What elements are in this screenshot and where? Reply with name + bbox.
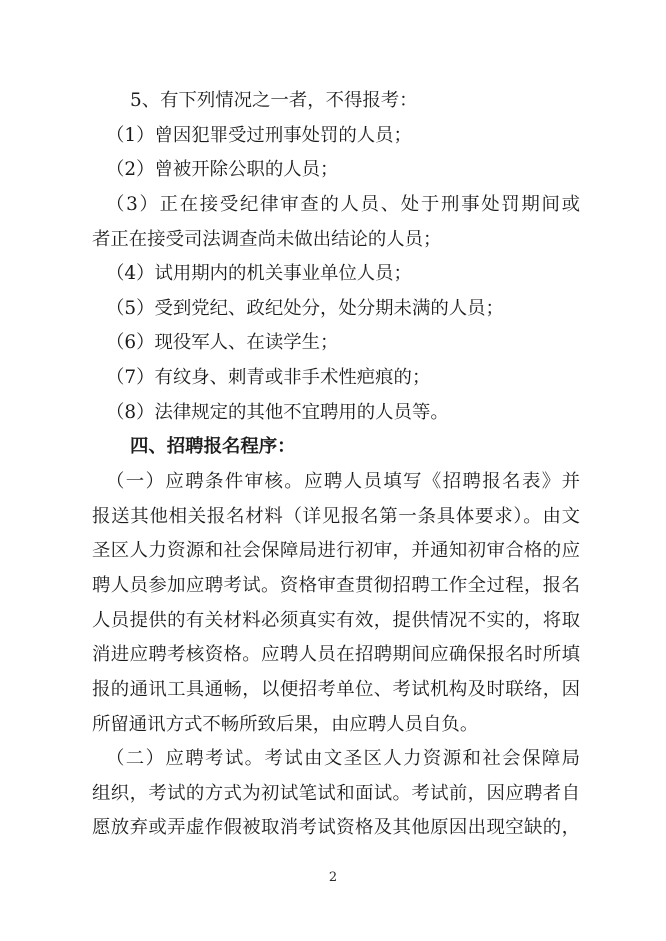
text-line-1: 5、有下列情况之一者，不得报考： (92, 84, 580, 119)
text-line-4: （3）正在接受纪律审查的人员、处于刑事处罚期间或 (92, 188, 580, 223)
text-line-13: 报送其他相关报名材料（详见报名第一条具体要求）。由文 (92, 500, 580, 535)
text-line-12: （一）应聘条件审核。应聘人员填写《招聘报名表》并 (92, 465, 580, 500)
text-line-10: （8）法律规定的其他不宜聘用的人员等。 (92, 396, 580, 431)
text-line-17: 消进应聘考核资格。应聘人员在招聘期间应确保报名时所填 (92, 638, 580, 673)
text-line-6: （4）试用期内的机关事业单位人员； (92, 257, 580, 292)
page-number: 2 (0, 869, 666, 887)
text-line-21: 组织，考试的方式为初试笔试和面试。考试前，因应聘者自 (92, 777, 580, 812)
document-page: 5、有下列情况之一者，不得报考：（1）曾因犯罪受过刑事处罚的人员；（2）曾被开除… (0, 0, 666, 941)
text-line-15: 聘人员参加应聘考试。资格审查贯彻招聘工作全过程，报名 (92, 569, 580, 604)
text-line-2: （1）曾因犯罪受过刑事处罚的人员； (92, 119, 580, 154)
text-line-5: 者正在接受司法调查尚未做出结论的人员； (92, 223, 580, 258)
text-line-18: 报的通讯工具通畅，以便招考单位、考试机构及时联络，因 (92, 673, 580, 708)
text-line-20: （二）应聘考试。考试由文圣区人力资源和社会保障局 (92, 742, 580, 777)
text-line-3: （2）曾被开除公职的人员； (92, 153, 580, 188)
text-line-14: 圣区人力资源和社会保障局进行初审，并通知初审合格的应 (92, 534, 580, 569)
text-line-22: 愿放弃或弄虚作假被取消考试资格及其他原因出现空缺的， (92, 811, 580, 846)
document-text: 5、有下列情况之一者，不得报考：（1）曾因犯罪受过刑事处罚的人员；（2）曾被开除… (92, 84, 580, 846)
text-line-19: 所留通讯方式不畅所致后果，由应聘人员自负。 (92, 708, 580, 743)
text-line-9: （7）有纹身、刺青或非手术性疤痕的； (92, 361, 580, 396)
text-line-8: （6）现役军人、在读学生； (92, 326, 580, 361)
text-line-7: （5）受到党纪、政纪处分，处分期未满的人员； (92, 292, 580, 327)
text-line-11: 四、招聘报名程序： (92, 430, 580, 465)
text-line-16: 人员提供的有关材料必须真实有效，提供情况不实的，将取 (92, 604, 580, 639)
